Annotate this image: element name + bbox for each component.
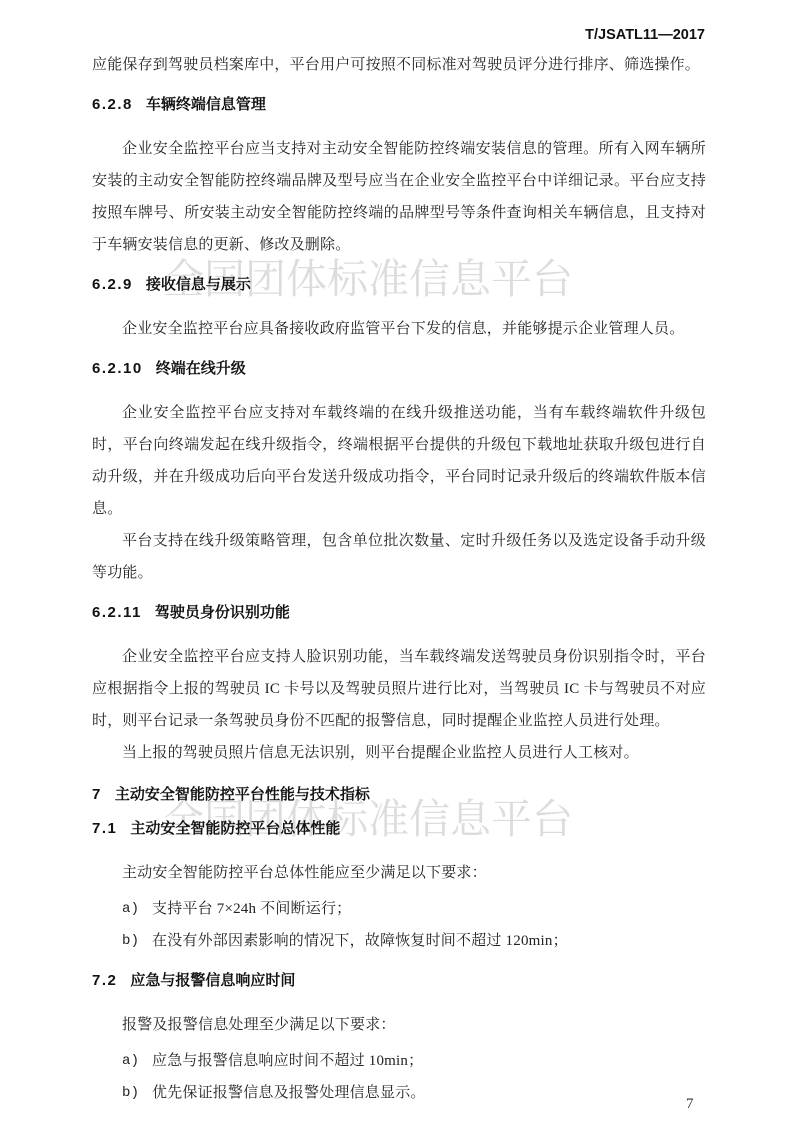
paragraph: 主动安全智能防控平台总体性能应至少满足以下要求： xyxy=(92,857,706,889)
paragraph: 当上报的驾驶员照片信息无法识别，则平台提醒企业监控人员进行人工核对。 xyxy=(92,737,706,769)
paragraph: 平台支持在线升级策略管理，包含单位批次数量、定时升级任务以及选定设备手动升级等功… xyxy=(92,525,706,589)
document-code: T/JSATL11—2017 xyxy=(585,27,705,43)
section-heading-6-2-11: 6.2.11驾驶员身份识别功能 xyxy=(92,603,706,623)
paragraph: 报警及报警信息处理至少满足以下要求： xyxy=(92,1009,706,1041)
section-title: 终端在线升级 xyxy=(156,360,246,377)
section-title: 驾驶员身份识别功能 xyxy=(155,604,290,621)
list-item: a) 应急与报警信息响应时间不超过 10min； xyxy=(92,1045,706,1077)
section-number: 6.2.10 xyxy=(92,360,143,377)
paragraph: 企业安全监控平台应具备接收政府监管平台下发的信息，并能够提示企业管理人员。 xyxy=(92,313,706,345)
list-item-label: a) xyxy=(122,893,152,925)
list-item: a) 支持平台 7×24h 不间断运行； xyxy=(92,893,706,925)
paragraph: 企业安全监控平台应支持人脸识别功能，当车载终端发送驾驶员身份识别指令时，平台应根… xyxy=(92,641,706,737)
chapter-heading-7: 7主动安全智能防控平台性能与技术指标 xyxy=(92,785,706,805)
section-number: 7.1 xyxy=(92,820,117,837)
document-page: 全国团体标准信息平台 全国团体标准信息平台 T/JSATL11—2017 应能保… xyxy=(0,0,794,1123)
section-title: 应急与报警信息响应时间 xyxy=(130,972,295,989)
section-title: 车辆终端信息管理 xyxy=(146,96,266,113)
list-item-text: 应急与报警信息响应时间不超过 10min； xyxy=(152,1045,706,1077)
section-title: 主动安全智能防控平台总体性能 xyxy=(130,820,340,837)
list-item-label: a) xyxy=(122,1045,152,1077)
page-content: 应能保存到驾驶员档案库中，平台用户可按照不同标准对驾驶员评分进行排序、筛选操作。… xyxy=(92,49,706,1109)
list-item-label: b) xyxy=(122,1077,152,1109)
list-item: b) 优先保证报警信息及报警处理信息显示。 xyxy=(92,1077,706,1109)
section-heading-7-2: 7.2应急与报警信息响应时间 xyxy=(92,971,706,991)
section-number: 6.2.11 xyxy=(92,604,142,621)
section-number: 6.2.9 xyxy=(92,276,133,293)
paragraph-continuation: 应能保存到驾驶员档案库中，平台用户可按照不同标准对驾驶员评分进行排序、筛选操作。 xyxy=(92,49,706,81)
section-heading-6-2-9: 6.2.9接收信息与展示 xyxy=(92,275,706,295)
list-item-text: 支持平台 7×24h 不间断运行； xyxy=(152,893,706,925)
section-title: 主动安全智能防控平台性能与技术指标 xyxy=(115,786,370,803)
section-number: 7.2 xyxy=(92,972,117,989)
list-item: b) 在没有外部因素影响的情况下，故障恢复时间不超过 120min； xyxy=(92,925,706,957)
paragraph: 企业安全监控平台应当支持对主动安全智能防控终端安装信息的管理。所有入网车辆所安装… xyxy=(92,133,706,261)
list-item-label: b) xyxy=(122,925,152,957)
section-title: 接收信息与展示 xyxy=(146,276,251,293)
list-item-text: 优先保证报警信息及报警处理信息显示。 xyxy=(152,1077,706,1109)
section-number: 7 xyxy=(92,786,102,803)
list-item-text: 在没有外部因素影响的情况下，故障恢复时间不超过 120min； xyxy=(152,925,706,957)
page-number: 7 xyxy=(686,1096,694,1113)
section-heading-6-2-8: 6.2.8车辆终端信息管理 xyxy=(92,95,706,115)
section-heading-7-1: 7.1主动安全智能防控平台总体性能 xyxy=(92,819,706,839)
section-heading-6-2-10: 6.2.10终端在线升级 xyxy=(92,359,706,379)
paragraph: 企业安全监控平台应支持对车载终端的在线升级推送功能，当有车载终端软件升级包时，平… xyxy=(92,397,706,525)
section-number: 6.2.8 xyxy=(92,96,133,113)
